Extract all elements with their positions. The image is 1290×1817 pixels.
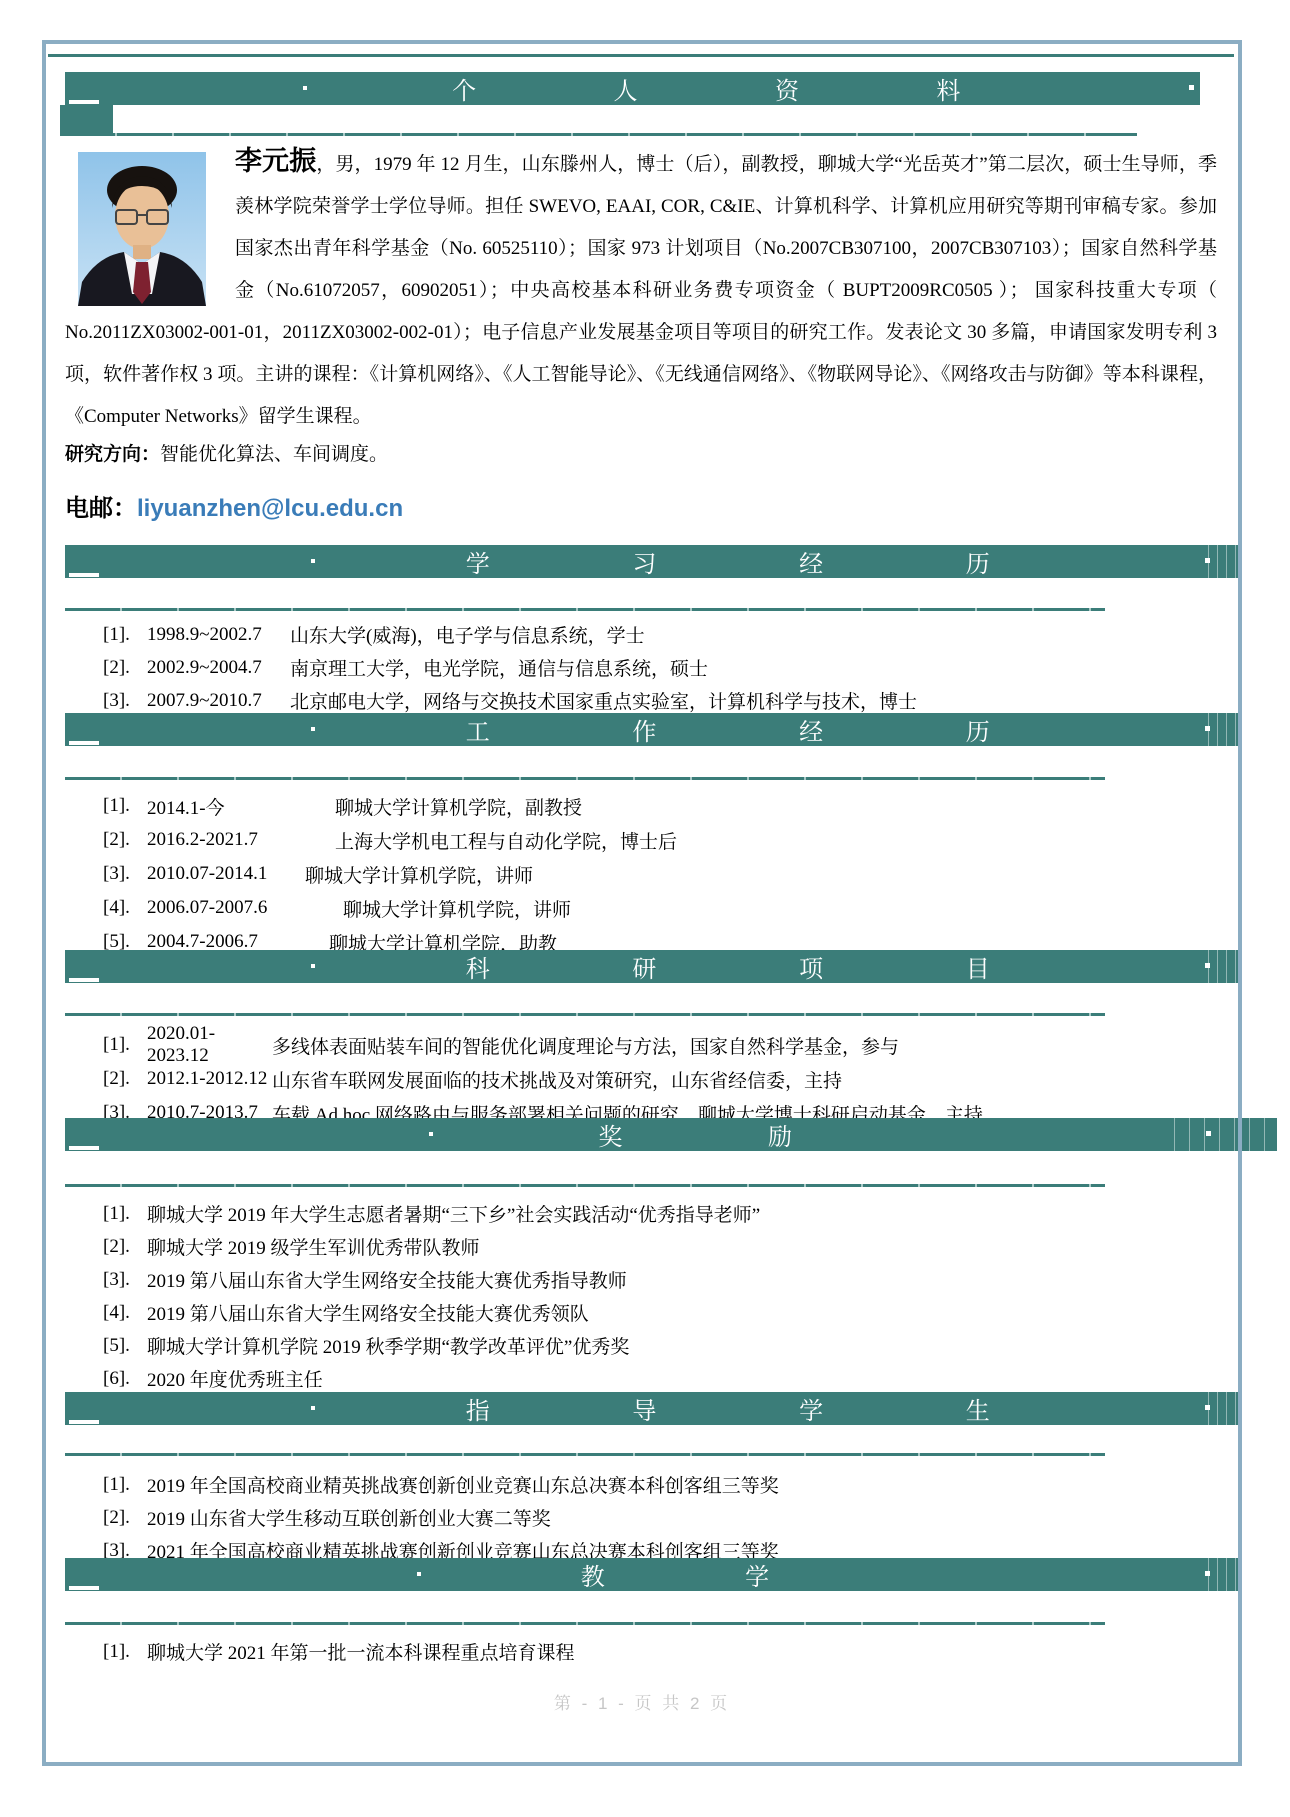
person-name: 李元振	[235, 146, 316, 176]
list-item: [1]. 聊城大学 2021 年第一批一流本科课程重点培育课程	[103, 1635, 1208, 1668]
list-item: [3]. 2019 第八届山东省大学生网络安全技能大赛优秀指导教师	[103, 1263, 1208, 1296]
research-direction-text: 智能优化算法、车间调度。	[160, 444, 388, 465]
email-label: 电邮：	[65, 495, 137, 522]
section-banner-work: 工作经历	[65, 713, 1238, 746]
list-item: [1]. 2014.1-今 聊城大学计算机学院，副教授	[103, 789, 1208, 823]
banner-underscore	[69, 573, 99, 577]
section-banner-education: 学习经历	[65, 545, 1238, 578]
banner-dot-icon	[1189, 85, 1194, 90]
section-banner-teaching: 教学	[65, 1558, 1238, 1591]
list-item: [5]. 聊城大学计算机学院 2019 秋季学期“教学改革评优”优秀奖	[103, 1329, 1208, 1362]
banner-cell-lines	[1160, 1118, 1277, 1151]
research-direction-label: 研究方向：	[65, 444, 160, 465]
banner-title: 工作经历	[323, 713, 1132, 746]
projects-list: [1]. 2020.01-2023.12 多线体表面贴装车间的智能优化调度理论与…	[103, 1028, 1208, 1130]
section-divider	[65, 608, 1105, 611]
banner-dot-icon	[311, 727, 315, 731]
banner-cell-lines	[1200, 713, 1238, 746]
resume-page: 个人资料 李元振，男，1979 年 12 月生，山东滕州人，博士（后），副教授，…	[46, 44, 1238, 1762]
banner-dot-icon	[311, 964, 315, 968]
banner-cell-lines	[1200, 545, 1238, 578]
list-item: [2]. 2019 山东省大学生移动互联创新创业大赛二等奖	[103, 1501, 1208, 1534]
list-item: [1]. 1998.9~2002.7 山东大学(威海)，电子学与信息系统，学士	[103, 618, 1208, 651]
banner-title: 学习经历	[323, 545, 1132, 578]
top-teal-rule	[48, 54, 1234, 57]
list-item: [3]. 2010.07-2014.1 聊城大学计算机学院，讲师	[103, 857, 1208, 891]
section-banner-projects: 科研项目	[65, 950, 1238, 983]
banner-dot-icon	[417, 1572, 421, 1576]
email-link[interactable]: liyuanzhen@lcu.edu.cn	[137, 495, 403, 522]
list-item: [2]. 2002.9~2004.7 南京理工大学，电光学院，通信与信息系统，硕…	[103, 651, 1208, 684]
banner-title: 科研项目	[323, 950, 1132, 983]
section-banner-awards: 奖励	[65, 1118, 1277, 1151]
banner-dot-icon	[311, 1406, 315, 1410]
banner-underscore	[69, 1420, 99, 1424]
page-number-footer: 第 - 1 - 页 共 2 页	[46, 1689, 1238, 1714]
portrait-photo	[78, 152, 206, 306]
list-item: [2]. 聊城大学 2019 级学生军训优秀带队教师	[103, 1230, 1208, 1263]
teaching-list: [1]. 聊城大学 2021 年第一批一流本科课程重点培育课程	[103, 1635, 1208, 1668]
awards-list: [1]. 聊城大学 2019 年大学生志愿者暑期“三下乡”社会实践活动“优秀指导…	[103, 1197, 1208, 1395]
banner-title: 教学	[440, 1558, 909, 1591]
section-banner-profile: 个人资料	[65, 72, 1200, 105]
section-banner-students: 指导学生	[65, 1392, 1238, 1425]
banner-title: 指导学生	[323, 1392, 1132, 1425]
section-divider	[65, 1013, 1105, 1016]
list-item: [4]. 2019 第八届山东省大学生网络安全技能大赛优秀领队	[103, 1296, 1208, 1329]
banner-cell-lines	[1200, 950, 1238, 983]
bio-text: ，男，1979 年 12 月生，山东滕州人，博士（后），副教授，聊城大学“光岳英…	[65, 154, 1217, 427]
banner-dot-icon	[311, 559, 315, 563]
list-item: [1]. 2020.01-2023.12 多线体表面贴装车间的智能优化调度理论与…	[103, 1028, 1208, 1062]
list-item: [2]. 2016.2-2021.7 上海大学机电工程与自动化学院，博士后	[103, 823, 1208, 857]
education-list: [1]. 1998.9~2002.7 山东大学(威海)，电子学与信息系统，学士 …	[103, 618, 1208, 717]
banner-underscore	[69, 978, 99, 982]
banner-underscore	[69, 100, 99, 104]
banner-cell-lines	[1200, 1558, 1238, 1591]
banner-dot-icon	[303, 86, 307, 90]
section-divider	[65, 1622, 1105, 1625]
banner-underscore	[69, 741, 99, 745]
list-item: [1]. 2019 年全国高校商业精英挑战赛创新创业竞赛山东总决赛本科创客组三等…	[103, 1468, 1208, 1501]
list-item: [4]. 2006.07-2007.6 聊城大学计算机学院，讲师	[103, 891, 1208, 925]
banner-dot-icon	[429, 1132, 433, 1136]
banner-underscore	[69, 1586, 99, 1590]
profile-bio: 李元振，男，1979 年 12 月生，山东滕州人，博士（后），副教授，聊城大学“…	[65, 140, 1217, 524]
section-divider	[65, 1184, 1105, 1187]
students-list: [1]. 2019 年全国高校商业精英挑战赛创新创业竞赛山东总决赛本科创客组三等…	[103, 1468, 1208, 1567]
section-divider	[65, 1453, 1105, 1456]
list-item: [1]. 聊城大学 2019 年大学生志愿者暑期“三下乡”社会实践活动“优秀指导…	[103, 1197, 1208, 1230]
work-list: [1]. 2014.1-今 聊城大学计算机学院，副教授 [2]. 2016.2-…	[103, 789, 1208, 959]
section-divider	[65, 777, 1105, 780]
list-item: [2]. 2012.1-2012.12 山东省车联网发展面临的技术挑战及对策研究…	[103, 1062, 1208, 1096]
banner-title: 奖励	[453, 1118, 938, 1151]
banner-title: 个人资料	[315, 72, 1098, 105]
decor-teal-block	[60, 105, 113, 133]
section-divider	[60, 133, 1137, 136]
banner-underscore	[69, 1146, 99, 1150]
email-line: 电邮：liyuanzhen@lcu.edu.cn	[65, 494, 1217, 524]
banner-cell-lines	[1200, 1392, 1238, 1425]
research-direction-line: 研究方向：智能优化算法、车间调度。	[65, 438, 1217, 472]
